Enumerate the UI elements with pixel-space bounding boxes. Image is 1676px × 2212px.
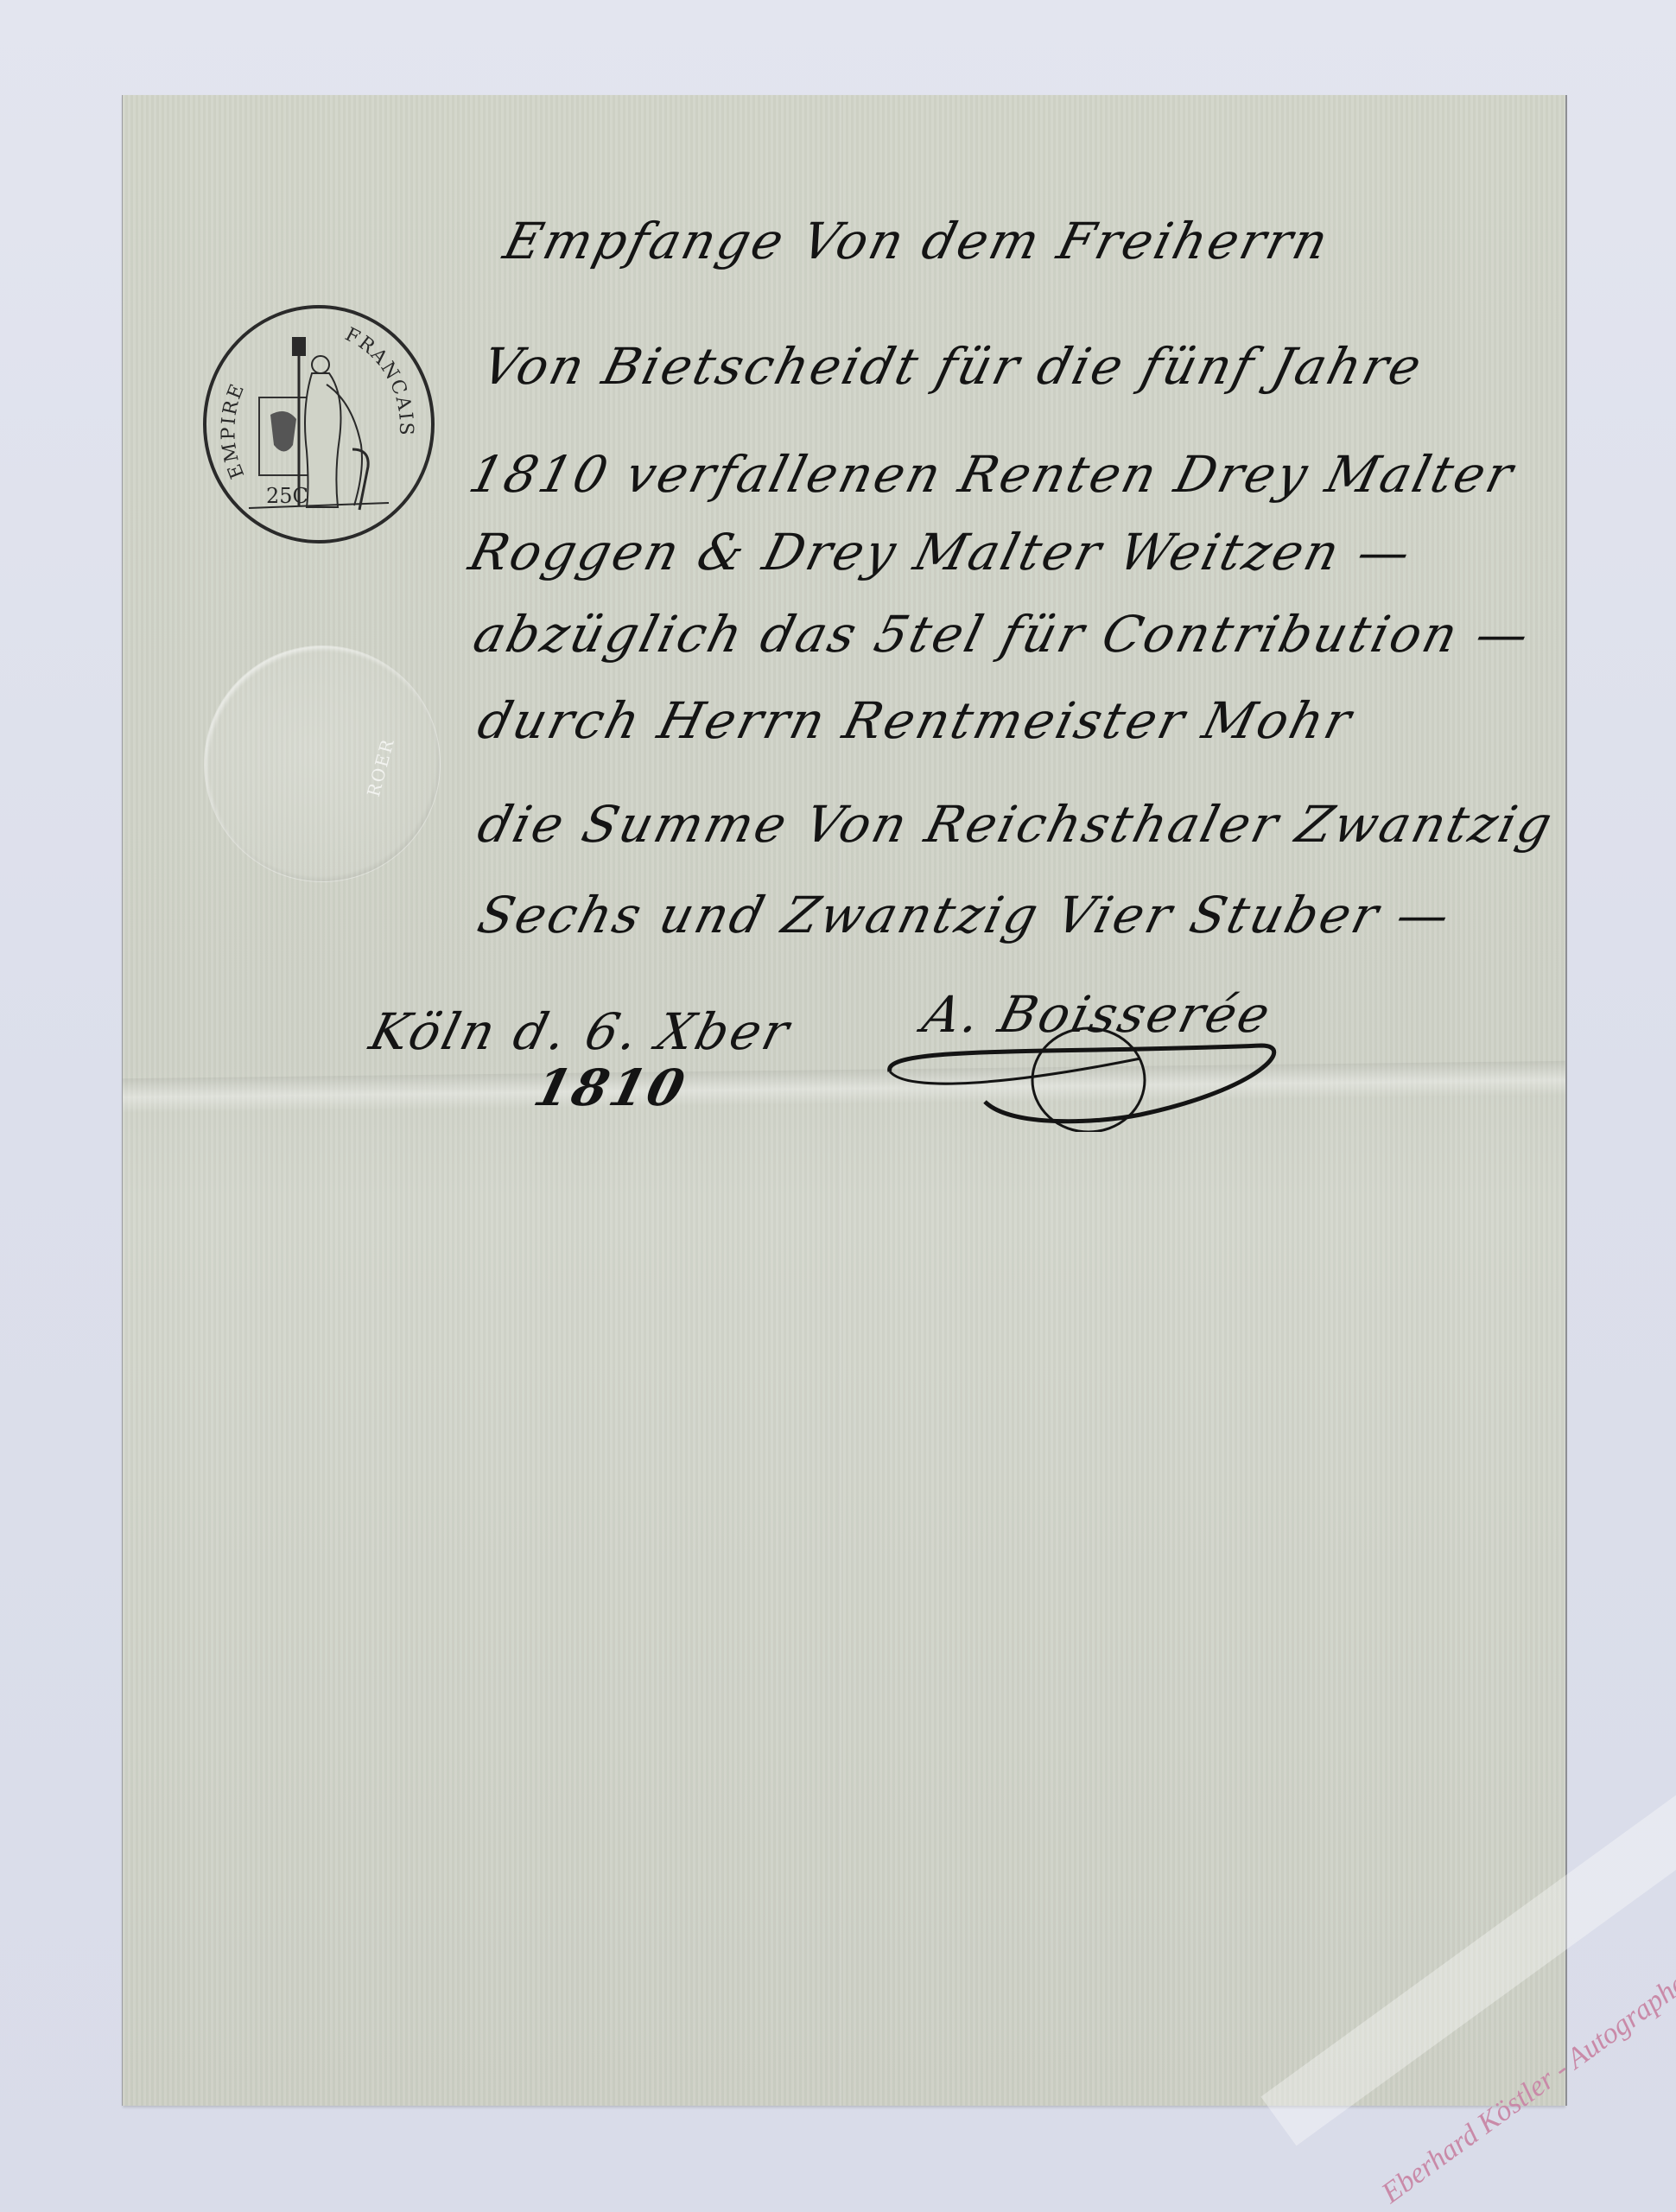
dateline-place-date: Köln d. 6. Xber [365,1002,797,1061]
stamp-text-left: EMPIRE [218,380,249,482]
body-line-7: die Summe Von Reichsthaler Zwantzig [473,795,1560,854]
body-line-2: Von Bietscheidt für die fünf Jahre [477,337,1430,396]
empire-francais-stamp-icon: EMPIRE FRANCAIS 25C [197,302,441,546]
body-line-6: durch Herrn Rentmeister Mohr [473,691,1360,750]
body-line-5: abzüglich das 5tel für Contribution — [468,605,1538,664]
body-line-4: Roggen & Drey Malter Weitzen — [464,523,1419,582]
body-line-3: 1810 verfallenen Renten Drey Malter [464,445,1521,504]
body-line-8: Sechs und Zwantzig Vier Stuber — [473,886,1458,944]
embossed-seal-icon: ROER [205,646,440,881]
signature-flourish-icon [881,1020,1279,1132]
dateline-year: 1810 [529,1058,693,1117]
svg-text:FRANCAIS: FRANCAIS [341,324,416,437]
stamp-denomination: 25C [266,484,308,508]
seal-text: ROER [363,736,398,799]
svg-text:EMPIRE: EMPIRE [218,380,249,482]
horizontal-fold-line [123,1061,1565,1113]
body-line-1: Empfange Von dem Freiherrn [498,212,1336,270]
stamp-text-right: FRANCAIS [341,324,416,437]
